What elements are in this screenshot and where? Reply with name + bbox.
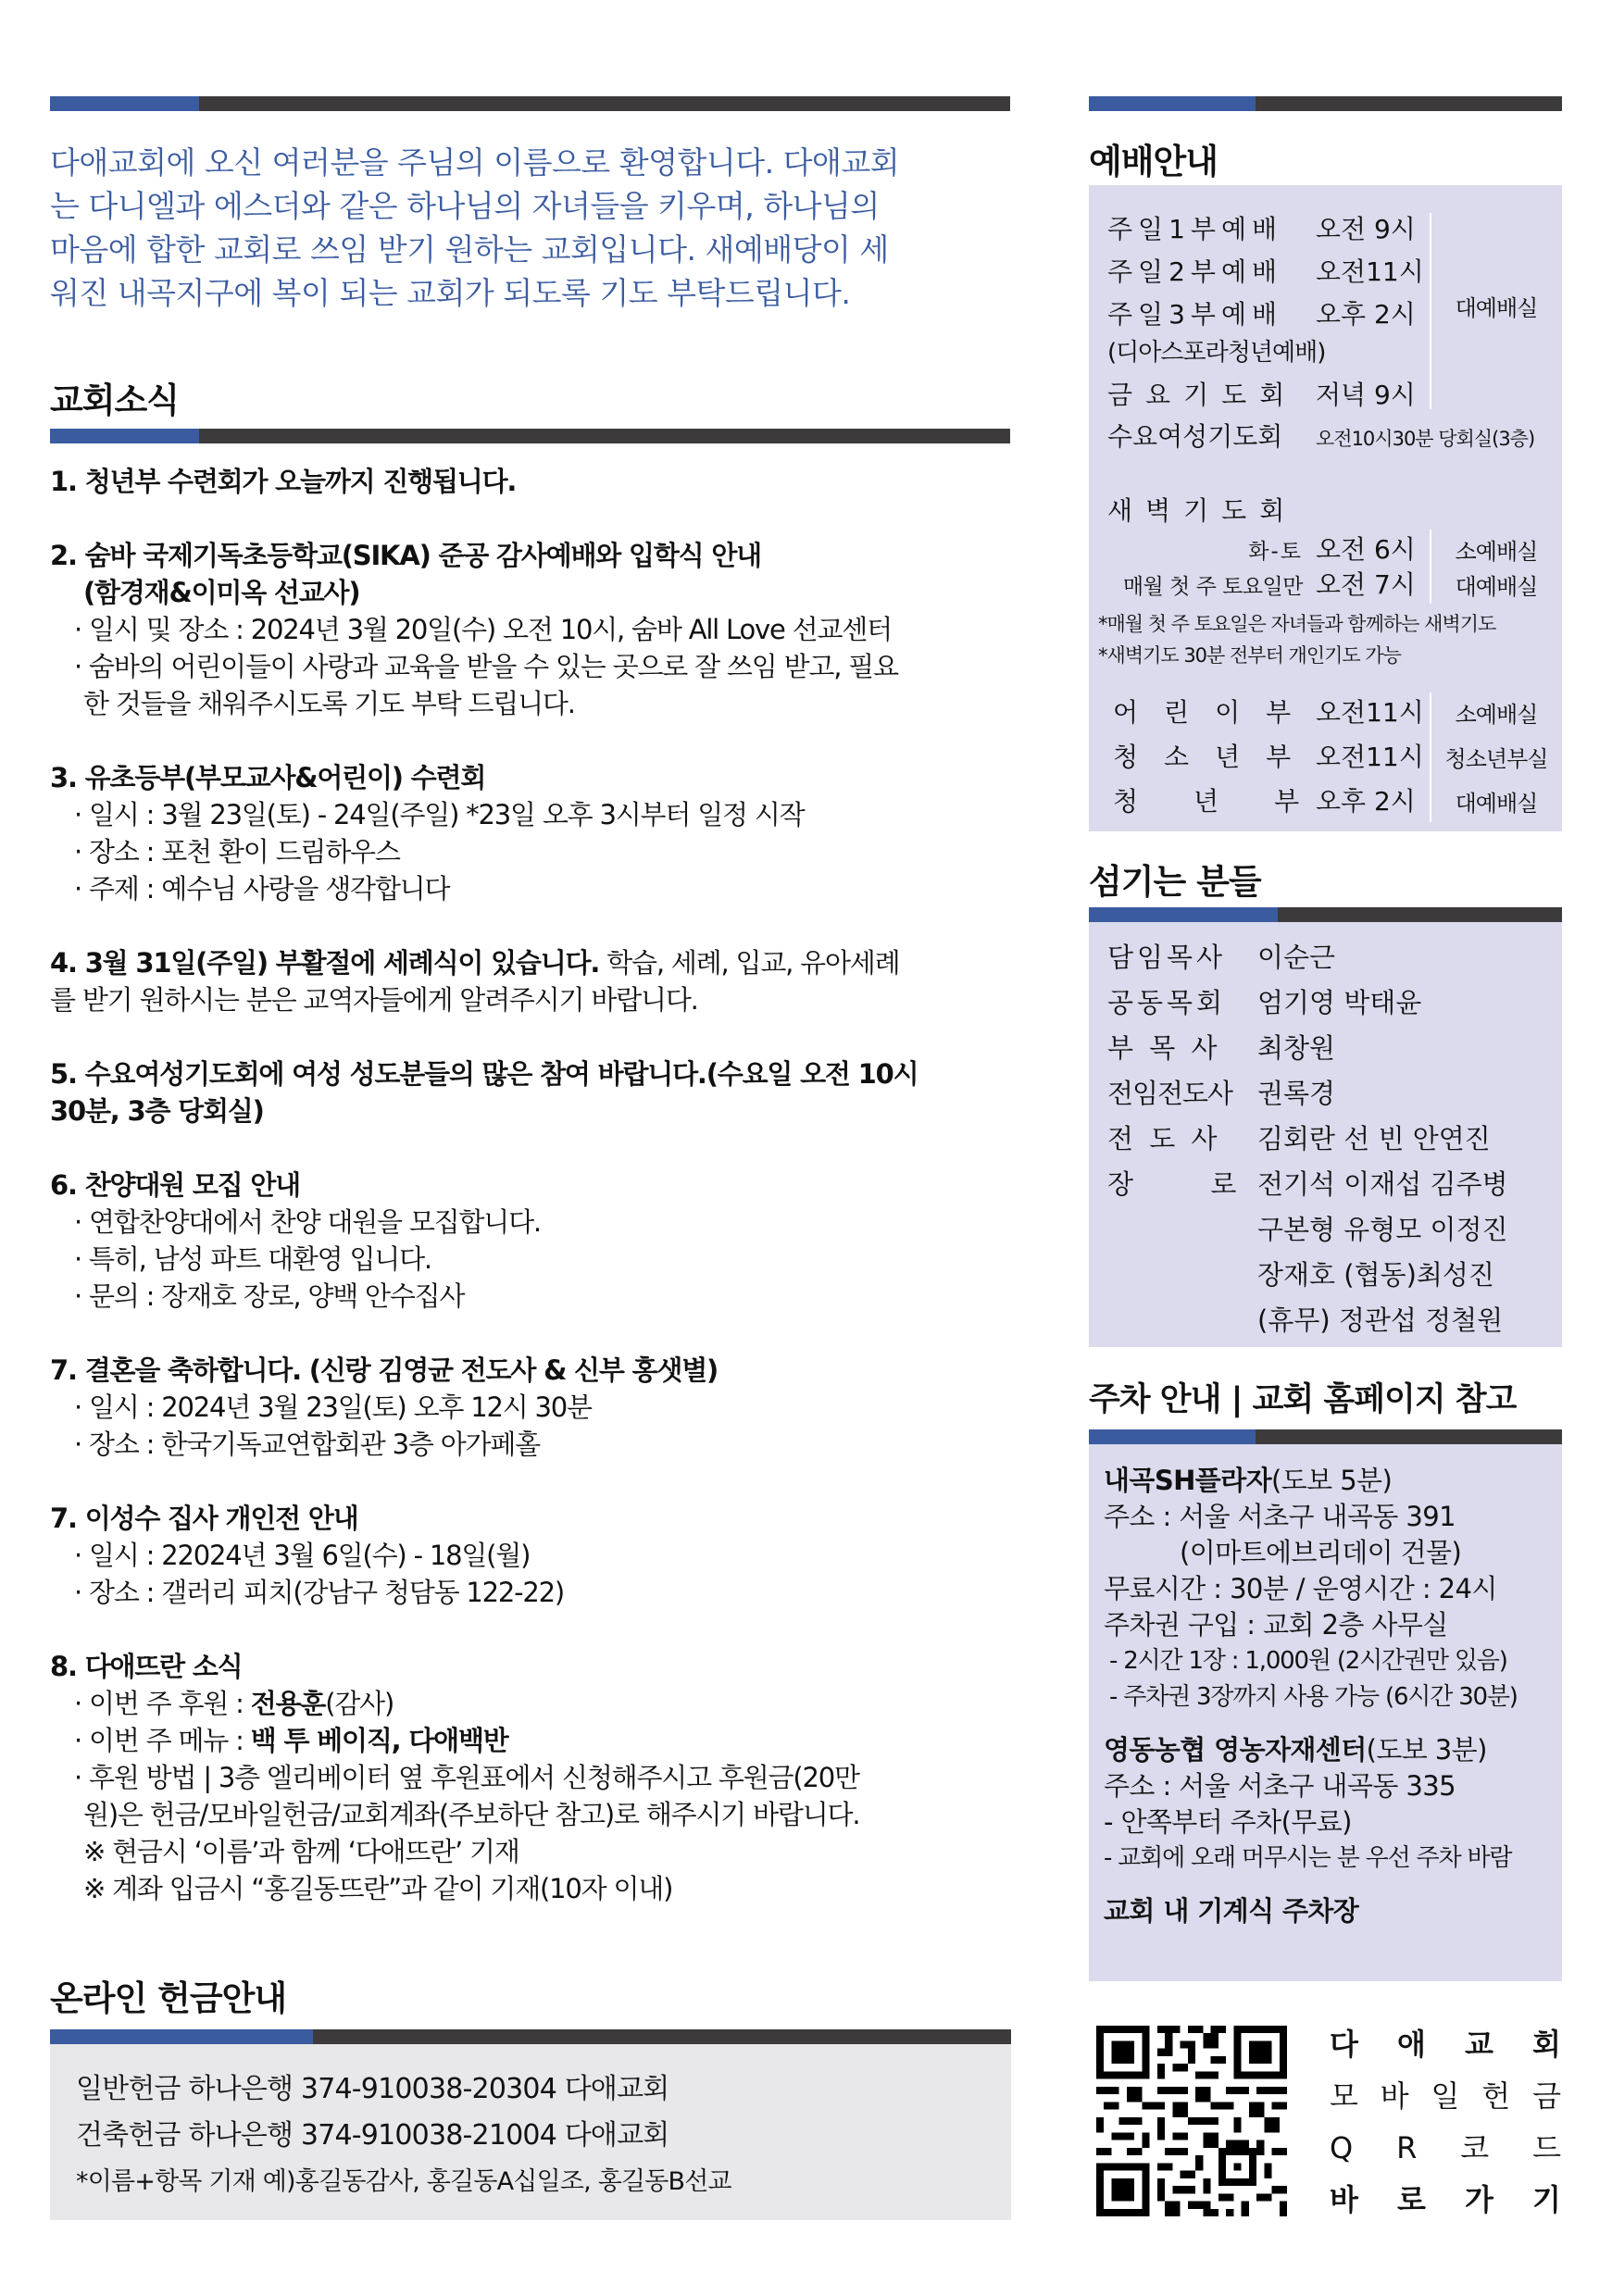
worship-schedule-box: 주일1부예배오전 9시 주일2부예배오전11시 주일3부예배오후 2시 (디아스… xyxy=(1089,185,1562,831)
offering-accounts-box: 일반헌금 하나은행 374-910038-20304 다애교회 건축헌금 하나은… xyxy=(50,2044,1011,2220)
welcome-line: 다애교회에 오신 여러분을 주님의 이름으로 환영합니다. 다애교회 xyxy=(50,141,1013,184)
worship-heading: 예배안내 xyxy=(1089,133,1218,183)
offering-divider-bar xyxy=(50,2029,1011,2044)
top-divider-bar xyxy=(50,96,1010,111)
welcome-line: 는 다니엘과 에스더와 같은 하나님의 자녀들을 키우며, 하나님의 xyxy=(50,184,1013,228)
news-item-2: 2. 숨바 국제기독초등학교(SIKA) 준공 감사예배와 입학식 안내 (함경… xyxy=(50,537,1013,722)
offering-note: *이름+항목 기재 예)홍길동감사, 홍길동A십일조, 홍길동B선교 xyxy=(76,2159,985,2205)
staff-row: 부 목 사최창원 xyxy=(1107,1026,1562,1071)
main-sanctuary-label: 대예배실 xyxy=(1441,290,1552,322)
account-building: 건축헌금 하나은행 374-910038-21004 다애교회 xyxy=(76,2113,985,2159)
news-item-5: 5. 수요여성기도회에 여성 성도분들의 많은 참여 바랍니다.(수요일 오전 … xyxy=(50,1055,1013,1129)
qr-caption-row-4: 바로가기 xyxy=(1330,2174,1561,2226)
news-item-4: 4. 3월 31일(주일) 부활절에 세례식이 있습니다. 학습, 세례, 입교… xyxy=(50,944,1013,1018)
staff-row: 전 도 사김회란 선 빈 안연진 xyxy=(1107,1117,1562,1162)
news-item-3: 3. 유초등부(부모교사&어린이) 수련회 · 일시 : 3월 23일(토) -… xyxy=(50,759,1013,907)
staff-divider-bar xyxy=(1089,907,1562,922)
welcome-line: 마음에 합한 교회로 쓰임 받기 원하는 교회입니다. 새예배당이 세 xyxy=(50,228,1013,271)
staff-heading: 섬기는 분들 xyxy=(1089,854,1261,904)
staff-box: 담임목사이순근 공동목회엄기영 박태윤 부 목 사최창원 전임전도사권록경 전 … xyxy=(1089,922,1562,1347)
qr-caption-row-1: 다애교회 xyxy=(1330,2018,1561,2070)
qr-caption[interactable]: 다애교회 모바일헌금 QR코드 바로가기 xyxy=(1330,2018,1561,2226)
worship-top-bar xyxy=(1089,96,1562,111)
staff-row: 전임전도사권록경 xyxy=(1107,1071,1562,1117)
news-item-7-wedding: 7. 결혼을 축하합니다. (신랑 김영균 전도사 & 신부 홍샛별) · 일시… xyxy=(50,1352,1013,1463)
news-item-7-exhibition: 7. 이성수 집사 개인전 안내 · 일시 : 22024년 3월 6일(수) … xyxy=(50,1500,1013,1611)
staff-row: 담임목사이순근 xyxy=(1107,935,1562,980)
staff-row: 장재호 (협동)최성진 xyxy=(1107,1253,1562,1298)
parking-lot-1: 내곡SH플라자(도보 5분) xyxy=(1104,1463,1547,1499)
mobile-offering-qr-code[interactable] xyxy=(1096,2024,1287,2218)
news-heading: 교회소식 xyxy=(50,372,179,422)
parking-divider-bar xyxy=(1089,1429,1562,1444)
news-item-6: 6. 찬양대원 모집 안내 · 연합찬양대에서 찬양 대원을 모집합니다. · … xyxy=(50,1167,1013,1315)
staff-row: 구본형 유형모 이정진 xyxy=(1107,1207,1562,1253)
staff-row: 공동목회엄기영 박태윤 xyxy=(1107,980,1562,1026)
parking-lot-2: 영동농협 영농자재센터(도보 3분) xyxy=(1104,1732,1547,1768)
news-divider-bar xyxy=(50,429,1010,443)
qr-caption-row-2: 모바일헌금 xyxy=(1330,2070,1561,2122)
news-list: 1. 청년부 수련회가 오늘까지 진행됩니다. 2. 숨바 국제기독초등학교(S… xyxy=(50,463,1013,1907)
parking-lot-3: 교회 내 기계식 주차장 xyxy=(1104,1893,1547,1929)
account-general: 일반헌금 하나은행 374-910038-20304 다애교회 xyxy=(76,2066,985,2113)
parking-heading: 주차 안내 | 교회 홈페이지 참고 xyxy=(1089,1374,1516,1420)
staff-row: (휴무) 정관섭 정철원 xyxy=(1107,1298,1562,1343)
parking-box: 내곡SH플라자(도보 5분) 주소 : 서울 서초구 내곡동 391 (이마트에… xyxy=(1089,1444,1562,1981)
staff-row: 장 로전기석 이재섭 김주병 xyxy=(1107,1162,1562,1207)
welcome-line: 워진 내곡지구에 복이 되는 교회가 되도록 기도 부탁드립니다. xyxy=(50,271,1013,315)
news-item-8: 8. 다애뜨란 소식 · 이번 주 후원 : 전용훈(감사) · 이번 주 메뉴… xyxy=(50,1648,1013,1907)
news-item-1: 1. 청년부 수련회가 오늘까지 진행됩니다. xyxy=(50,463,1013,500)
offering-heading: 온라인 헌금안내 xyxy=(50,1970,286,2020)
welcome-message: 다애교회에 오신 여러분을 주님의 이름으로 환영합니다. 다애교회 는 다니엘… xyxy=(50,141,1013,315)
qr-caption-row-3: QR코드 xyxy=(1330,2122,1561,2174)
